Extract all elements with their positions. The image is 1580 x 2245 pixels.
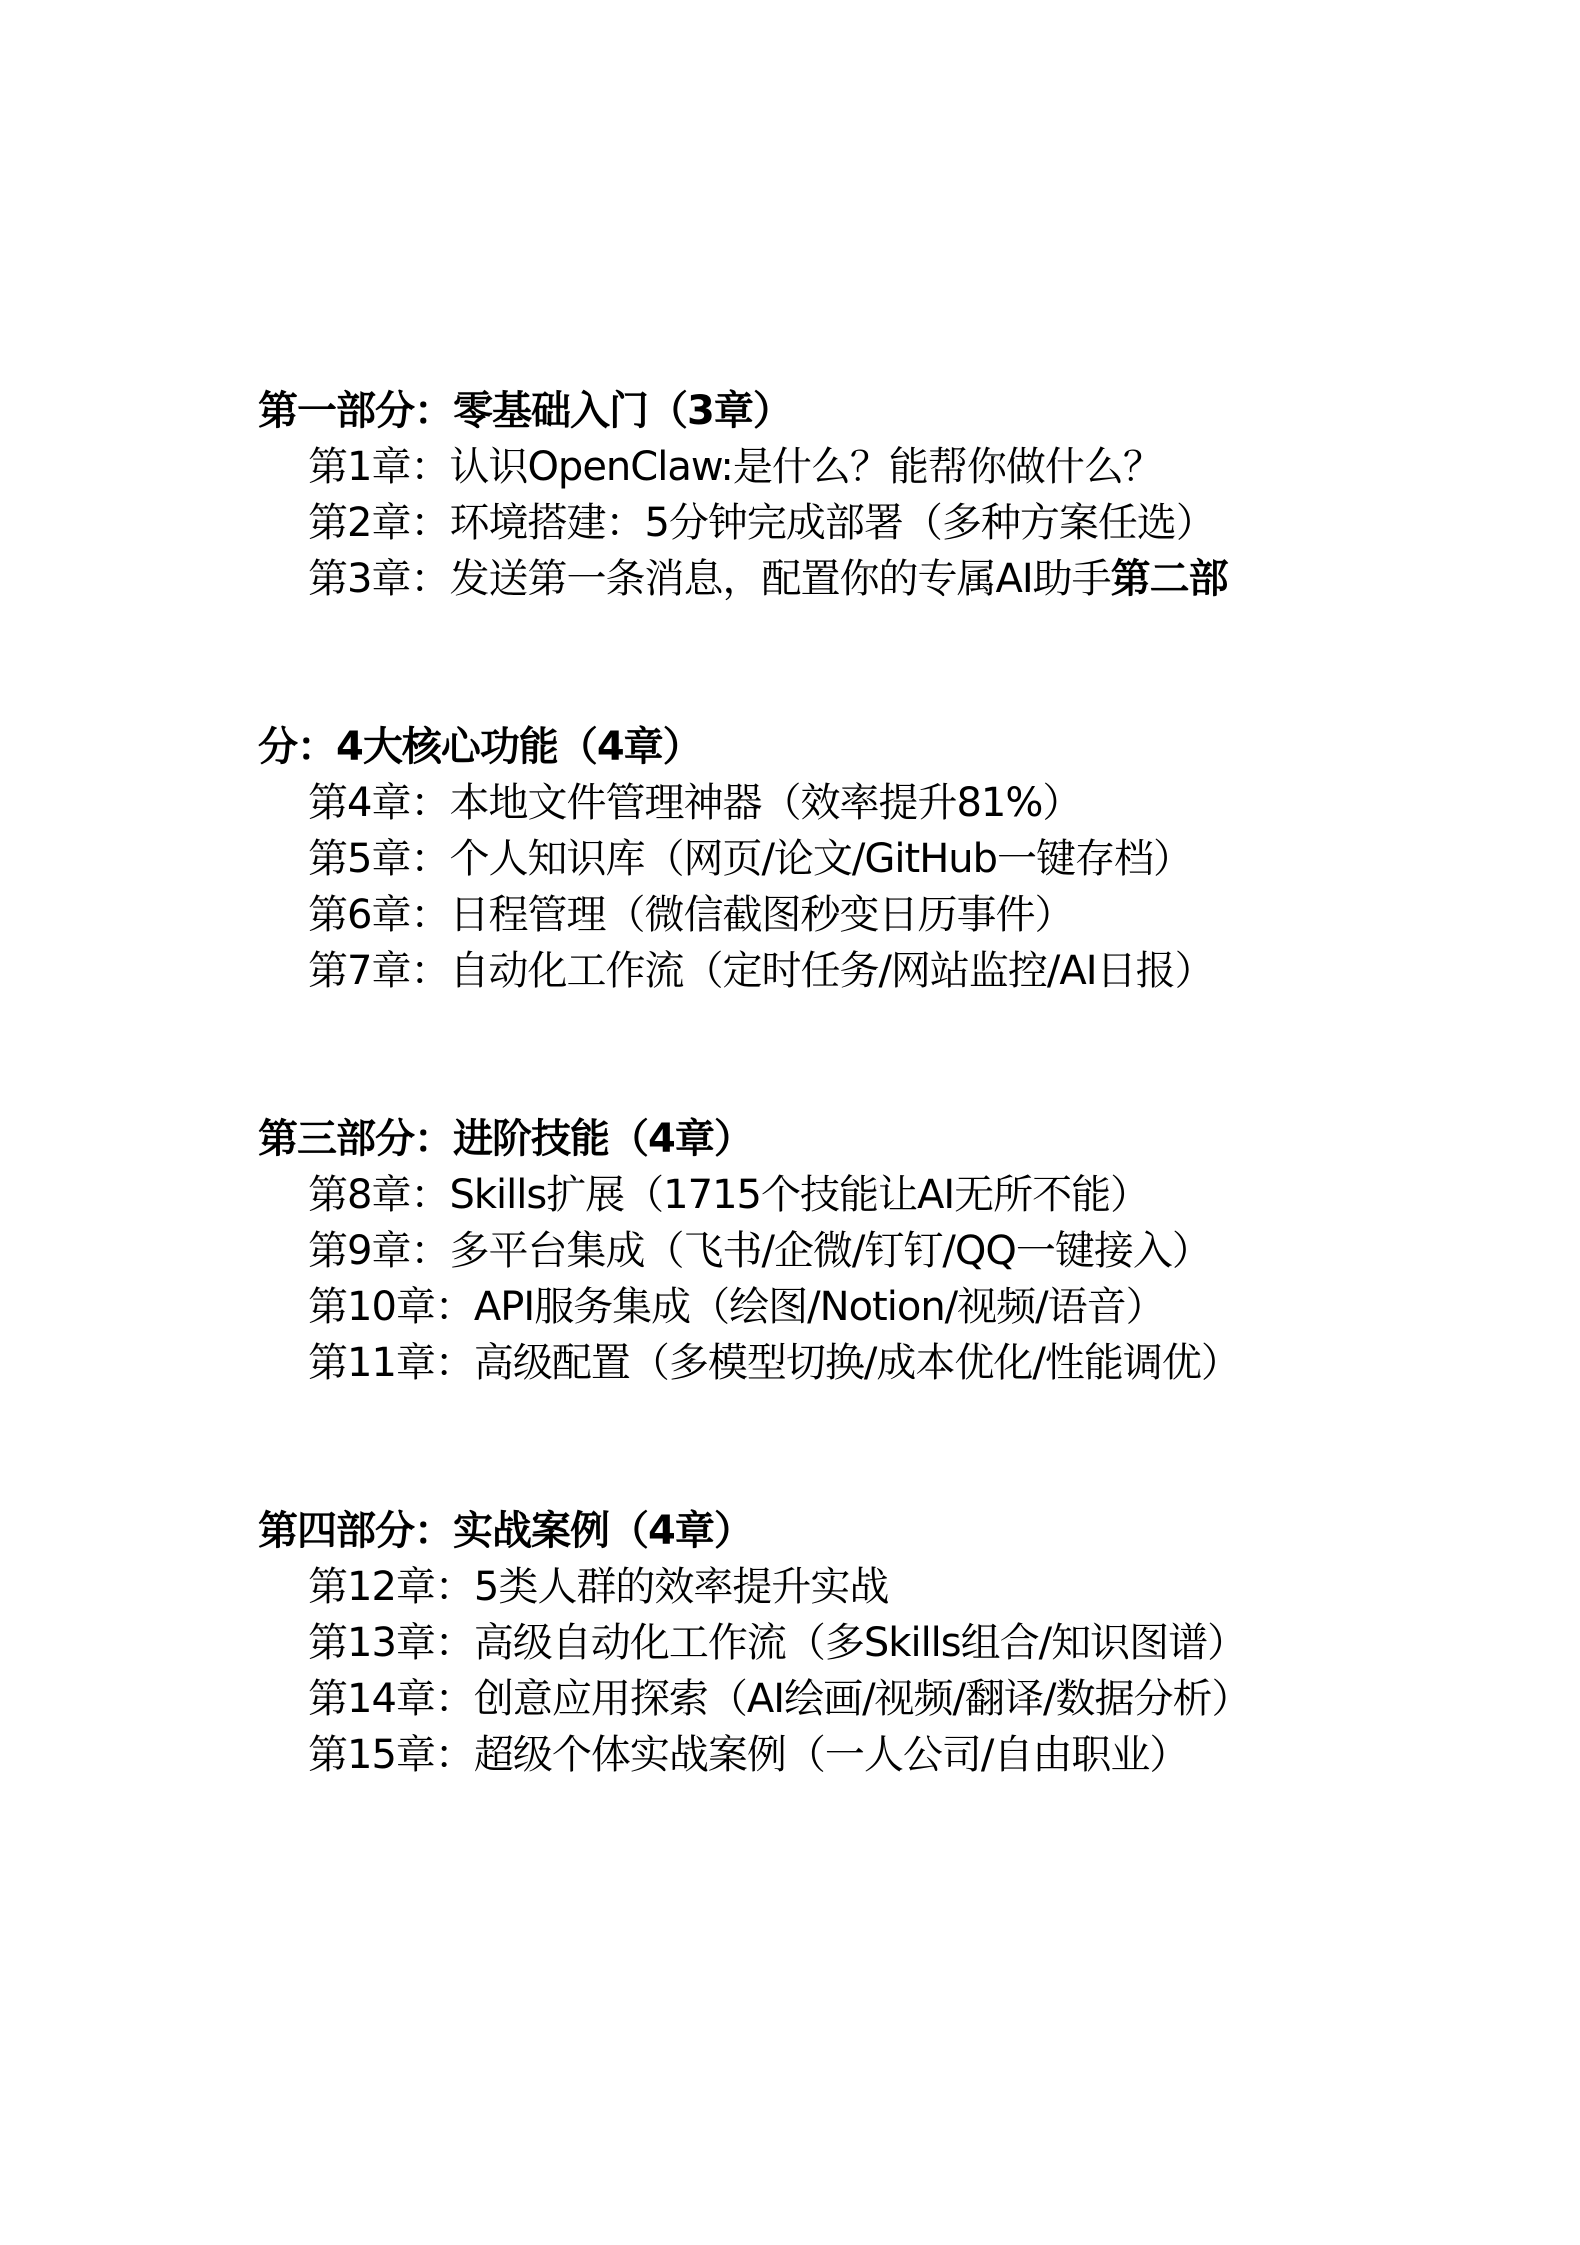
- section-heading: 分：4大核心功能（4章）: [258, 719, 1458, 775]
- chapter-label: 第13章：: [308, 1620, 474, 1666]
- wrapped-heading-fragment: 第二部: [1111, 556, 1228, 602]
- chapter-label: 第8章：: [308, 1172, 449, 1218]
- chapter-line: 第7章：自动化工作流（定时任务/网站监控/AI日报）: [258, 943, 1458, 999]
- chapter-line: 第2章：环境搭建：5分钟完成部署（多种方案任选）: [258, 495, 1458, 551]
- chapter-title: 多平台集成（飞书/企微/钉钉/QQ一键接入）: [449, 1228, 1210, 1274]
- chapter-line: 第5章：个人知识库（网页/论文/GitHub一键存档）: [258, 831, 1458, 887]
- chapter-title: 高级配置（多模型切换/成本优化/性能调优）: [474, 1340, 1240, 1386]
- chapter-title: 本地文件管理神器（效率提升81%）: [449, 780, 1081, 826]
- chapter-line: 第6章：日程管理（微信截图秒变日历事件）: [258, 887, 1458, 943]
- chapter-label: 第12章：: [308, 1564, 474, 1610]
- chapter-title: Skills扩展（1715个技能让AI无所不能）: [449, 1172, 1149, 1218]
- chapter-label: 第11章：: [308, 1340, 474, 1386]
- section-heading: 第三部分：进阶技能（4章）: [258, 1111, 1458, 1167]
- chapter-title: 发送第一条消息，配置你的专属AI助手: [449, 556, 1110, 602]
- chapter-label: 第3章：: [308, 556, 449, 602]
- section-heading: 第一部分：零基础入门（3章）: [258, 383, 1458, 439]
- section-part-4: 第四部分：实战案例（4章） 第12章：5类人群的效率提升实战 第13章：高级自动…: [258, 1503, 1458, 1783]
- chapter-title: 环境搭建：5分钟完成部署（多种方案任选）: [449, 500, 1214, 546]
- chapter-title: API服务集成（绘图/Notion/视频/语音）: [474, 1284, 1165, 1330]
- chapter-label: 第9章：: [308, 1228, 449, 1274]
- section-part-2: 分：4大核心功能（4章） 第4章：本地文件管理神器（效率提升81%） 第5章：个…: [258, 719, 1458, 999]
- chapter-label: 第10章：: [308, 1284, 474, 1330]
- chapter-label: 第7章：: [308, 948, 449, 994]
- chapter-title: 认识OpenClaw:是什么？能帮你做什么？: [449, 444, 1161, 490]
- chapter-line: 第12章：5类人群的效率提升实战: [258, 1559, 1458, 1615]
- chapter-title: 高级自动化工作流（多Skills组合/知识图谱）: [474, 1620, 1246, 1666]
- chapter-label: 第4章：: [308, 780, 449, 826]
- chapter-line: 第4章：本地文件管理神器（效率提升81%）: [258, 775, 1458, 831]
- chapter-label: 第15章：: [308, 1732, 474, 1778]
- chapter-label: 第6章：: [308, 892, 449, 938]
- section-heading: 第四部分：实战案例（4章）: [258, 1503, 1458, 1559]
- section-part-1: 第一部分：零基础入门（3章） 第1章：认识OpenClaw:是什么？能帮你做什么…: [258, 383, 1458, 607]
- chapter-line: 第1章：认识OpenClaw:是什么？能帮你做什么？: [258, 439, 1458, 495]
- chapter-label: 第1章：: [308, 444, 449, 490]
- chapter-line: 第10章：API服务集成（绘图/Notion/视频/语音）: [258, 1279, 1458, 1335]
- chapter-title: 自动化工作流（定时任务/网站监控/AI日报）: [449, 948, 1213, 994]
- chapter-title: 创意应用探索（AI绘画/视频/翻译/数据分析）: [474, 1676, 1251, 1722]
- chapter-label: 第2章：: [308, 500, 449, 546]
- chapter-title: 5类人群的效率提升实战: [474, 1564, 888, 1610]
- chapter-line: 第8章：Skills扩展（1715个技能让AI无所不能）: [258, 1167, 1458, 1223]
- section-part-3: 第三部分：进阶技能（4章） 第8章：Skills扩展（1715个技能让AI无所不…: [258, 1111, 1458, 1391]
- chapter-title: 个人知识库（网页/论文/GitHub一键存档）: [449, 836, 1192, 882]
- chapter-line: 第11章：高级配置（多模型切换/成本优化/性能调优）: [258, 1335, 1458, 1391]
- chapter-line: 第13章：高级自动化工作流（多Skills组合/知识图谱）: [258, 1615, 1458, 1671]
- chapter-label: 第5章：: [308, 836, 449, 882]
- table-of-contents: 第一部分：零基础入门（3章） 第1章：认识OpenClaw:是什么？能帮你做什么…: [258, 383, 1458, 1783]
- chapter-label: 第14章：: [308, 1676, 474, 1722]
- chapter-line: 第14章：创意应用探索（AI绘画/视频/翻译/数据分析）: [258, 1671, 1458, 1727]
- chapter-title: 超级个体实战案例（一人公司/自由职业）: [474, 1732, 1188, 1778]
- chapter-line: 第3章：发送第一条消息，配置你的专属AI助手第二部: [258, 551, 1458, 607]
- chapter-title: 日程管理（微信截图秒变日历事件）: [449, 892, 1073, 938]
- chapter-line: 第9章：多平台集成（飞书/企微/钉钉/QQ一键接入）: [258, 1223, 1458, 1279]
- chapter-line: 第15章：超级个体实战案例（一人公司/自由职业）: [258, 1727, 1458, 1783]
